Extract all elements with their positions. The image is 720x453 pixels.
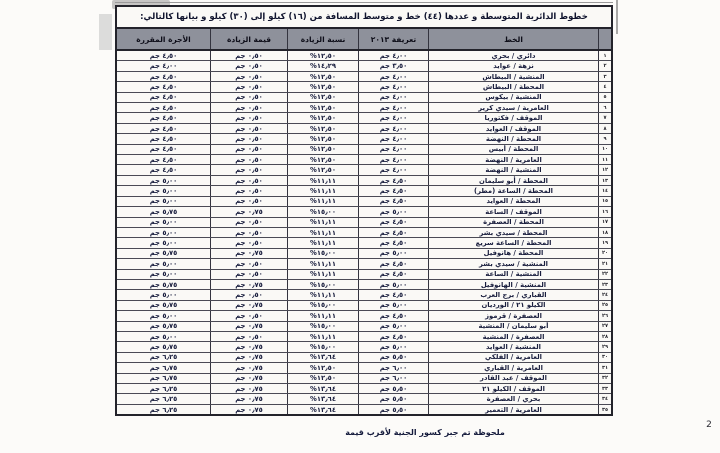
serial-cell: ١٤ bbox=[598, 186, 611, 195]
scan-line-right bbox=[616, 0, 618, 34]
tariff-2013-cell: ٥٫٥٠ جم bbox=[358, 384, 428, 393]
table-row: ٣٠العامرية / الفلكي٥٫٥٠ جم١٣٫٦٤%٠٫٧٥ جم٦… bbox=[117, 353, 611, 363]
approved-fare-cell: ٤٫٥٠ جم bbox=[117, 113, 210, 122]
serial-cell: ٢٤ bbox=[598, 290, 611, 299]
table-row: ١٩المحطة / الساعة سريع٤٫٥٠ جم١١٫١١%٠٫٥٠ … bbox=[117, 238, 611, 248]
increase-pct-cell: ١١٫١١% bbox=[287, 270, 358, 279]
table-row: ٢٥الكيلو ٢١ / الورديان٥٫٠٠ جم١٥٫٠٠%٠٫٧٥ … bbox=[117, 301, 611, 311]
increase-pct-cell: ١٣٫٦٤% bbox=[287, 394, 358, 403]
tariff-2013-cell: ٤٫٥٠ جم bbox=[358, 290, 428, 299]
increase-value-cell: ٠٫٥٠ جم bbox=[210, 155, 287, 164]
table-row: ٢٤القباري / برج العرب٤٫٥٠ جم١١٫١١%٠٫٥٠ ج… bbox=[117, 290, 611, 300]
increase-value-cell: ٠٫٥٠ جم bbox=[210, 311, 287, 320]
increase-value-cell: ٠٫٥٠ جم bbox=[210, 145, 287, 154]
route-cell: العصفرة / المنشية bbox=[428, 332, 598, 341]
route-cell: المحطة / أبو سليمان bbox=[428, 176, 598, 185]
tariff-2013-cell: ٤٫٠٠ جم bbox=[358, 103, 428, 112]
increase-pct-cell: ١٢٫٥٠% bbox=[287, 145, 358, 154]
increase-pct-cell: ١١٫١١% bbox=[287, 259, 358, 268]
approved-fare-cell: ٤٫٥٠ جم bbox=[117, 103, 210, 112]
table-header-row: الخط تعريفة ٢٠١٣ نسبة الزيادة قيمة الزيا… bbox=[117, 29, 611, 51]
route-cell: المحطة / العوايد bbox=[428, 197, 598, 206]
table-row: ١٤المحطة / الساعة (مطر)٤٫٥٠ جم١١٫١١%٠٫٥٠… bbox=[117, 186, 611, 196]
table-row: ١٣المحطة / أبو سليمان٤٫٥٠ جم١١٫١١%٠٫٥٠ ج… bbox=[117, 176, 611, 186]
tariff-2013-cell: ٤٫٠٠ جم bbox=[358, 134, 428, 143]
approved-fare-cell: ٥٫٠٠ جم bbox=[117, 259, 210, 268]
route-cell: المحطة / البيطاش bbox=[428, 82, 598, 91]
page-number: 2 bbox=[702, 420, 716, 430]
tariff-2013-cell: ٥٫٠٠ جم bbox=[358, 207, 428, 216]
table-row: ١دائري / بحري٤٫٠٠ جم١٢٫٥٠%٠٫٥٠ جم٤٫٥٠ جم bbox=[117, 51, 611, 61]
table-row: ٧الموقف / فكتوريا٤٫٠٠ جم١٢٫٥٠%٠٫٥٠ جم٤٫٥… bbox=[117, 113, 611, 123]
serial-cell: ١٢ bbox=[598, 165, 611, 174]
table-row: ٢٦العصفرة / قرموز٤٫٥٠ جم١١٫١١%٠٫٥٠ جم٥٫٠… bbox=[117, 311, 611, 321]
serial-cell: ٢٥ bbox=[598, 301, 611, 310]
tariff-2013-cell: ٥٫٥٠ جم bbox=[358, 353, 428, 362]
serial-cell: ١٣ bbox=[598, 176, 611, 185]
increase-value-cell: ٠٫٥٠ جم bbox=[210, 186, 287, 195]
increase-value-cell: ٠٫٧٥ جم bbox=[210, 342, 287, 351]
route-cell: دائري / بحري bbox=[428, 51, 598, 60]
increase-pct-cell: ١٢٫٥٠% bbox=[287, 72, 358, 81]
table-body: ١دائري / بحري٤٫٠٠ جم١٢٫٥٠%٠٫٥٠ جم٤٫٥٠ جم… bbox=[117, 51, 611, 414]
approved-fare-cell: ٤٫٥٠ جم bbox=[117, 82, 210, 91]
approved-fare-cell: ٦٫٢٥ جم bbox=[117, 384, 210, 393]
approved-fare-cell: ٥٫٧٥ جم bbox=[117, 249, 210, 258]
table-row: ١٢المنشية / النهضة٤٫٠٠ جم١٢٫٥٠%٠٫٥٠ جم٤٫… bbox=[117, 165, 611, 175]
increase-value-cell: ٠٫٥٠ جم bbox=[210, 82, 287, 91]
tariff-2013-cell: ٤٫٥٠ جم bbox=[358, 197, 428, 206]
route-cell: المحطة / العصفرة bbox=[428, 218, 598, 227]
increase-value-cell: ٠٫٧٥ جم bbox=[210, 207, 287, 216]
serial-cell: ٢ bbox=[598, 61, 611, 70]
route-cell: المنشية / سيدي بشر bbox=[428, 259, 598, 268]
approved-fare-cell: ٥٫٠٠ جم bbox=[117, 228, 210, 237]
increase-pct-cell: ١٣٫٦٤% bbox=[287, 384, 358, 393]
table-row: ١٦الموقف / الساعة٥٫٠٠ جم١٥٫٠٠%٠٫٧٥ جم٥٫٧… bbox=[117, 207, 611, 217]
table-row: ٤المحطة / البيطاش٤٫٠٠ جم١٢٫٥٠%٠٫٥٠ جم٤٫٥… bbox=[117, 82, 611, 92]
increase-value-cell: ٠٫٥٠ جم bbox=[210, 270, 287, 279]
increase-value-cell: ٠٫٧٥ جم bbox=[210, 384, 287, 393]
serial-cell: ٢٦ bbox=[598, 311, 611, 320]
table-row: ٦العامرية / سيدي كرير٤٫٠٠ جم١٢٫٥٠%٠٫٥٠ ج… bbox=[117, 103, 611, 113]
increase-pct-cell: ١١٫١١% bbox=[287, 311, 358, 320]
tariff-2013-cell: ٥٫٠٠ جم bbox=[358, 322, 428, 331]
serial-cell: ٢٢ bbox=[598, 270, 611, 279]
serial-cell: ٦ bbox=[598, 103, 611, 112]
approved-fare-cell: ٤٫٥٠ جم bbox=[117, 124, 210, 133]
route-cell: أبو سليمان / المنشية bbox=[428, 322, 598, 331]
serial-cell: ٣٤ bbox=[598, 394, 611, 403]
route-cell: المنشية / الساعة bbox=[428, 270, 598, 279]
tariff-2013-cell: ٤٫٥٠ جم bbox=[358, 238, 428, 247]
approved-fare-cell: ٦٫٧٥ جم bbox=[117, 374, 210, 383]
header-approved-fare: الأجرة المقررة bbox=[117, 29, 210, 49]
approved-fare-cell: ٤٫٥٠ جم bbox=[117, 155, 210, 164]
increase-pct-cell: ١٢٫٥٠% bbox=[287, 113, 358, 122]
increase-value-cell: ٠٫٥٠ جم bbox=[210, 93, 287, 102]
approved-fare-cell: ٦٫٢٥ جم bbox=[117, 394, 210, 403]
tariff-2013-cell: ٦٫٠٠ جم bbox=[358, 374, 428, 383]
tariff-2013-cell: ٤٫٠٠ جم bbox=[358, 165, 428, 174]
serial-cell: ٢١ bbox=[598, 259, 611, 268]
increase-value-cell: ٠٫٥٠ جم bbox=[210, 197, 287, 206]
increase-value-cell: ٠٫٥٠ جم bbox=[210, 134, 287, 143]
increase-pct-cell: ١٥٫٠٠% bbox=[287, 322, 358, 331]
tariff-2013-cell: ٤٫٥٠ جم bbox=[358, 176, 428, 185]
route-cell: نزهة / عوايد bbox=[428, 61, 598, 70]
tariff-2013-cell: ٤٫٠٠ جم bbox=[358, 51, 428, 60]
table-title: خطوط الدائرية المتوسطة و عددها (٤٤) خط و… bbox=[117, 7, 611, 29]
table-row: ٢٠المحطة / هانوفيل٥٫٠٠ جم١٥٫٠٠%٠٫٧٥ جم٥٫… bbox=[117, 249, 611, 259]
tariff-2013-cell: ٥٫٠٠ جم bbox=[358, 280, 428, 289]
increase-pct-cell: ١٢٫٥٠% bbox=[287, 134, 358, 143]
increase-pct-cell: ١٥٫٠٠% bbox=[287, 207, 358, 216]
approved-fare-cell: ٦٫٢٥ جم bbox=[117, 353, 210, 362]
increase-value-cell: ٠٫٧٥ جم bbox=[210, 374, 287, 383]
approved-fare-cell: ٥٫٠٠ جم bbox=[117, 332, 210, 341]
increase-pct-cell: ١٣٫٦٤% bbox=[287, 353, 358, 362]
scan-streak-left bbox=[99, 14, 112, 50]
increase-pct-cell: ١٥٫٠٠% bbox=[287, 249, 358, 258]
tariff-2013-cell: ٤٫٥٠ جم bbox=[358, 259, 428, 268]
serial-cell: ٢٠ bbox=[598, 249, 611, 258]
serial-cell: ٤ bbox=[598, 82, 611, 91]
approved-fare-cell: ٥٫٧٥ جم bbox=[117, 280, 210, 289]
increase-value-cell: ٠٫٥٠ جم bbox=[210, 176, 287, 185]
approved-fare-cell: ٥٫٧٥ جم bbox=[117, 342, 210, 351]
route-cell: العامرية / القباري bbox=[428, 363, 598, 372]
increase-value-cell: ٠٫٧٥ جم bbox=[210, 363, 287, 372]
table-row: ٢٩المنشية / العوايد٥٫٠٠ جم١٥٫٠٠%٠٫٧٥ جم٥… bbox=[117, 342, 611, 352]
tariff-2013-cell: ٥٫٥٠ جم bbox=[358, 394, 428, 403]
increase-pct-cell: ١١٫١١% bbox=[287, 290, 358, 299]
increase-value-cell: ٠٫٥٠ جم bbox=[210, 290, 287, 299]
approved-fare-cell: ٥٫٠٠ جم bbox=[117, 176, 210, 185]
header-increase-pct: نسبة الزيادة bbox=[287, 29, 358, 49]
route-cell: المحطة / الساعة سريع bbox=[428, 238, 598, 247]
approved-fare-cell: ٤٫٥٠ جم bbox=[117, 145, 210, 154]
increase-value-cell: ٠٫٥٠ جم bbox=[210, 259, 287, 268]
serial-cell: ٣١ bbox=[598, 363, 611, 372]
increase-pct-cell: ١١٫١١% bbox=[287, 332, 358, 341]
serial-cell: ٢٨ bbox=[598, 332, 611, 341]
tariff-2013-cell: ٤٫٥٠ جم bbox=[358, 311, 428, 320]
serial-cell: ٣٥ bbox=[598, 405, 611, 414]
increase-value-cell: ٠٫٥٠ جم bbox=[210, 165, 287, 174]
increase-value-cell: ٠٫٥٠ جم bbox=[210, 228, 287, 237]
table-row: ١٠المحطة / أبيس٤٫٠٠ جم١٢٫٥٠%٠٫٥٠ جم٤٫٥٠ … bbox=[117, 145, 611, 155]
approved-fare-cell: ٥٫٠٠ جم bbox=[117, 311, 210, 320]
serial-cell: ٢٧ bbox=[598, 322, 611, 331]
tariff-2013-cell: ٤٫٥٠ جم bbox=[358, 218, 428, 227]
approved-fare-cell: ٦٫٢٥ جم bbox=[117, 405, 210, 414]
serial-cell: ١٠ bbox=[598, 145, 611, 154]
table-row: ١٥المحطة / العوايد٤٫٥٠ جم١١٫١١%٠٫٥٠ جم٥٫… bbox=[117, 197, 611, 207]
tariff-2013-cell: ٦٫٠٠ جم bbox=[358, 363, 428, 372]
tariff-2013-cell: ٤٫٠٠ جم bbox=[358, 72, 428, 81]
increase-value-cell: ٠٫٥٠ جم bbox=[210, 72, 287, 81]
increase-value-cell: ٠٫٧٥ جم bbox=[210, 353, 287, 362]
increase-pct-cell: ١١٫١١% bbox=[287, 238, 358, 247]
table-row: ١١العامرية / النهضة٤٫٠٠ جم١٢٫٥٠%٠٫٥٠ جم٤… bbox=[117, 155, 611, 165]
route-cell: القباري / برج العرب bbox=[428, 290, 598, 299]
route-cell: بحري / العصفرة bbox=[428, 394, 598, 403]
approved-fare-cell: ٥٫٧٥ جم bbox=[117, 207, 210, 216]
route-cell: المحطة / هانوفيل bbox=[428, 249, 598, 258]
serial-cell: ٣٢ bbox=[598, 374, 611, 383]
increase-pct-cell: ١٢٫٥٠% bbox=[287, 165, 358, 174]
tariff-2013-cell: ٤٫٥٠ جم bbox=[358, 228, 428, 237]
tariff-2013-cell: ٤٫٠٠ جم bbox=[358, 145, 428, 154]
serial-cell: ٣٣ bbox=[598, 384, 611, 393]
tariff-2013-cell: ٤٫٥٠ جم bbox=[358, 186, 428, 195]
serial-cell: ٢٩ bbox=[598, 342, 611, 351]
increase-pct-cell: ١٢٫٥٠% bbox=[287, 93, 358, 102]
increase-pct-cell: ١٢٫٥٠% bbox=[287, 103, 358, 112]
increase-value-cell: ٠٫٥٠ جم bbox=[210, 61, 287, 70]
route-cell: المنشية / البيطاش bbox=[428, 72, 598, 81]
tariff-2013-cell: ٣٫٥٠ جم bbox=[358, 61, 428, 70]
serial-cell: ١١ bbox=[598, 155, 611, 164]
increase-value-cell: ٠٫٧٥ جم bbox=[210, 405, 287, 414]
route-cell: الموقف / عبد القادر bbox=[428, 374, 598, 383]
table-row: ٣المنشية / البيطاش٤٫٠٠ جم١٢٫٥٠%٠٫٥٠ جم٤٫… bbox=[117, 72, 611, 82]
increase-value-cell: ٠٫٥٠ جم bbox=[210, 218, 287, 227]
route-cell: المنشية / بيكوس bbox=[428, 93, 598, 102]
serial-cell: ١٧ bbox=[598, 218, 611, 227]
increase-pct-cell: ١٢٫٥٠% bbox=[287, 82, 358, 91]
table-row: ٣٤بحري / العصفرة٥٫٥٠ جم١٣٫٦٤%٠٫٧٥ جم٦٫٢٥… bbox=[117, 394, 611, 404]
header-line: الخط bbox=[428, 29, 598, 49]
tariff-2013-cell: ٥٫٠٠ جم bbox=[358, 342, 428, 351]
header-serial bbox=[598, 29, 611, 49]
rounding-footnote: ملحوظة تم جبر كسور الجنية لأقرب قيمة bbox=[300, 428, 550, 437]
increase-pct-cell: ١٢٫٥٠% bbox=[287, 51, 358, 60]
tariff-2013-cell: ٥٫٠٠ جم bbox=[358, 301, 428, 310]
increase-value-cell: ٠٫٧٥ جم bbox=[210, 301, 287, 310]
increase-pct-cell: ١١٫١١% bbox=[287, 197, 358, 206]
scan-top-rule bbox=[115, 2, 613, 3]
serial-cell: ٨ bbox=[598, 124, 611, 133]
route-cell: المنشية / الهانوفيل bbox=[428, 280, 598, 289]
tariff-2013-cell: ٥٫٥٠ جم bbox=[358, 405, 428, 414]
header-increase-value: قيمة الزيادة bbox=[210, 29, 287, 49]
increase-pct-cell: ١٢٫٥٠% bbox=[287, 374, 358, 383]
table-row: ٢٣المنشية / الهانوفيل٥٫٠٠ جم١٥٫٠٠%٠٫٧٥ ج… bbox=[117, 280, 611, 290]
increase-pct-cell: ١٢٫٥٠% bbox=[287, 155, 358, 164]
increase-pct-cell: ١٥٫٠٠% bbox=[287, 342, 358, 351]
increase-pct-cell: ١٢٫٥٠% bbox=[287, 124, 358, 133]
header-tariff-2013: تعريفة ٢٠١٣ bbox=[358, 29, 428, 49]
route-cell: المحطة / أبيس bbox=[428, 145, 598, 154]
table-row: ٣٣الموقف / الكيلو ٢١٥٫٥٠ جم١٣٫٦٤%٠٫٧٥ جم… bbox=[117, 384, 611, 394]
increase-value-cell: ٠٫٧٥ جم bbox=[210, 322, 287, 331]
increase-value-cell: ٠٫٧٥ جم bbox=[210, 394, 287, 403]
approved-fare-cell: ٥٫٠٠ جم bbox=[117, 186, 210, 195]
increase-pct-cell: ١١٫١١% bbox=[287, 176, 358, 185]
table-row: ٩المحطة / النهضة٤٫٠٠ جم١٢٫٥٠%٠٫٥٠ جم٤٫٥٠… bbox=[117, 134, 611, 144]
route-cell: المنشية / العوايد bbox=[428, 342, 598, 351]
approved-fare-cell: ٦٫٧٥ جم bbox=[117, 363, 210, 372]
table-row: ٢٨العصفرة / المنشية٤٫٥٠ جم١١٫١١%٠٫٥٠ جم٥… bbox=[117, 332, 611, 342]
table-row: ٢١المنشية / سيدي بشر٤٫٥٠ جم١١٫١١%٠٫٥٠ جم… bbox=[117, 259, 611, 269]
increase-pct-cell: ١٥٫٠٠% bbox=[287, 301, 358, 310]
table-row: ٣١العامرية / القباري٦٫٠٠ جم١٢٫٥٠%٠٫٧٥ جم… bbox=[117, 363, 611, 373]
serial-cell: ٣٠ bbox=[598, 353, 611, 362]
serial-cell: ١٦ bbox=[598, 207, 611, 216]
route-cell: العامرية / التعمير bbox=[428, 405, 598, 414]
serial-cell: ٢٣ bbox=[598, 280, 611, 289]
tariff-2013-cell: ٤٫٠٠ جم bbox=[358, 113, 428, 122]
approved-fare-cell: ٤٫٥٠ جم bbox=[117, 165, 210, 174]
table-row: ٥المنشية / بيكوس٤٫٠٠ جم١٢٫٥٠%٠٫٥٠ جم٤٫٥٠… bbox=[117, 93, 611, 103]
route-cell: الموقف / الكيلو ٢١ bbox=[428, 384, 598, 393]
route-cell: المحطة / النهضة bbox=[428, 134, 598, 143]
approved-fare-cell: ٤٫٥٠ جم bbox=[117, 93, 210, 102]
increase-pct-cell: ١٣٫٦٤% bbox=[287, 405, 358, 414]
tariff-2013-cell: ٤٫٠٠ جم bbox=[358, 93, 428, 102]
route-cell: العامرية / النهضة bbox=[428, 155, 598, 164]
serial-cell: ٣ bbox=[598, 72, 611, 81]
table-row: ١٧المحطة / العصفرة٤٫٥٠ جم١١٫١١%٠٫٥٠ جم٥٫… bbox=[117, 218, 611, 228]
approved-fare-cell: ٥٫٧٥ جم bbox=[117, 322, 210, 331]
serial-cell: ١٩ bbox=[598, 238, 611, 247]
route-cell: الكيلو ٢١ / الورديان bbox=[428, 301, 598, 310]
increase-value-cell: ٠٫٧٥ جم bbox=[210, 280, 287, 289]
table-row: ٣٥العامرية / التعمير٥٫٥٠ جم١٣٫٦٤%٠٫٧٥ جم… bbox=[117, 405, 611, 414]
increase-pct-cell: ١٥٫٠٠% bbox=[287, 280, 358, 289]
approved-fare-cell: ٤٫٥٠ جم bbox=[117, 72, 210, 81]
route-cell: الموقف / فكتوريا bbox=[428, 113, 598, 122]
serial-cell: ١٥ bbox=[598, 197, 611, 206]
approved-fare-cell: ٥٫٠٠ جم bbox=[117, 238, 210, 247]
increase-value-cell: ٠٫٧٥ جم bbox=[210, 249, 287, 258]
approved-fare-cell: ٥٫٠٠ جم bbox=[117, 197, 210, 206]
serial-cell: ١٨ bbox=[598, 228, 611, 237]
table-row: ٨الموقف / العوايد٤٫٠٠ جم١٢٫٥٠%٠٫٥٠ جم٤٫٥… bbox=[117, 124, 611, 134]
table-row: ٣٢الموقف / عبد القادر٦٫٠٠ جم١٢٫٥٠%٠٫٧٥ ج… bbox=[117, 374, 611, 384]
increase-pct-cell: ١١٫١١% bbox=[287, 186, 358, 195]
approved-fare-cell: ٥٫٠٠ جم bbox=[117, 290, 210, 299]
route-cell: العصفرة / قرموز bbox=[428, 311, 598, 320]
increase-value-cell: ٠٫٥٠ جم bbox=[210, 332, 287, 341]
increase-pct-cell: ١١٫١١% bbox=[287, 228, 358, 237]
tariff-2013-cell: ٤٫٥٠ جم bbox=[358, 332, 428, 341]
tariff-2013-cell: ٤٫٥٠ جم bbox=[358, 270, 428, 279]
route-cell: الموقف / العوايد bbox=[428, 124, 598, 133]
approved-fare-cell: ٤٫٥٠ جم bbox=[117, 51, 210, 60]
increase-value-cell: ٠٫٥٠ جم bbox=[210, 51, 287, 60]
fare-table: خطوط الدائرية المتوسطة و عددها (٤٤) خط و… bbox=[115, 5, 613, 416]
table-row: ٢٢المنشية / الساعة٤٫٥٠ جم١١٫١١%٠٫٥٠ جم٥٫… bbox=[117, 270, 611, 280]
route-cell: الموقف / الساعة bbox=[428, 207, 598, 216]
increase-value-cell: ٠٫٥٠ جم bbox=[210, 238, 287, 247]
increase-value-cell: ٠٫٥٠ جم bbox=[210, 124, 287, 133]
table-row: ٢نزهة / عوايد٣٫٥٠ جم١٤٫٢٩%٠٫٥٠ جم٤٫٠٠ جم bbox=[117, 61, 611, 71]
table-row: ١٨المحطة / سيدي بشر٤٫٥٠ جم١١٫١١%٠٫٥٠ جم٥… bbox=[117, 228, 611, 238]
tariff-2013-cell: ٤٫٠٠ جم bbox=[358, 82, 428, 91]
tariff-2013-cell: ٤٫٠٠ جم bbox=[358, 155, 428, 164]
serial-cell: ٩ bbox=[598, 134, 611, 143]
route-cell: العامرية / سيدي كرير bbox=[428, 103, 598, 112]
increase-value-cell: ٠٫٥٠ جم bbox=[210, 113, 287, 122]
route-cell: المحطة / سيدي بشر bbox=[428, 228, 598, 237]
tariff-2013-cell: ٥٫٠٠ جم bbox=[358, 249, 428, 258]
route-cell: العامرية / الفلكي bbox=[428, 353, 598, 362]
serial-cell: ١ bbox=[598, 51, 611, 60]
tariff-2013-cell: ٤٫٠٠ جم bbox=[358, 124, 428, 133]
increase-pct-cell: ١١٫١١% bbox=[287, 218, 358, 227]
increase-pct-cell: ١٤٫٢٩% bbox=[287, 61, 358, 70]
serial-cell: ٥ bbox=[598, 93, 611, 102]
approved-fare-cell: ٥٫٧٥ جم bbox=[117, 301, 210, 310]
table-row: ٢٧أبو سليمان / المنشية٥٫٠٠ جم١٥٫٠٠%٠٫٧٥ … bbox=[117, 322, 611, 332]
serial-cell: ٧ bbox=[598, 113, 611, 122]
increase-value-cell: ٠٫٥٠ جم bbox=[210, 103, 287, 112]
approved-fare-cell: ٥٫٠٠ جم bbox=[117, 218, 210, 227]
increase-pct-cell: ١٢٫٥٠% bbox=[287, 363, 358, 372]
approved-fare-cell: ٥٫٠٠ جم bbox=[117, 270, 210, 279]
approved-fare-cell: ٤٫٠٠ جم bbox=[117, 61, 210, 70]
route-cell: المحطة / الساعة (مطر) bbox=[428, 186, 598, 195]
route-cell: المنشية / النهضة bbox=[428, 165, 598, 174]
approved-fare-cell: ٤٫٥٠ جم bbox=[117, 134, 210, 143]
